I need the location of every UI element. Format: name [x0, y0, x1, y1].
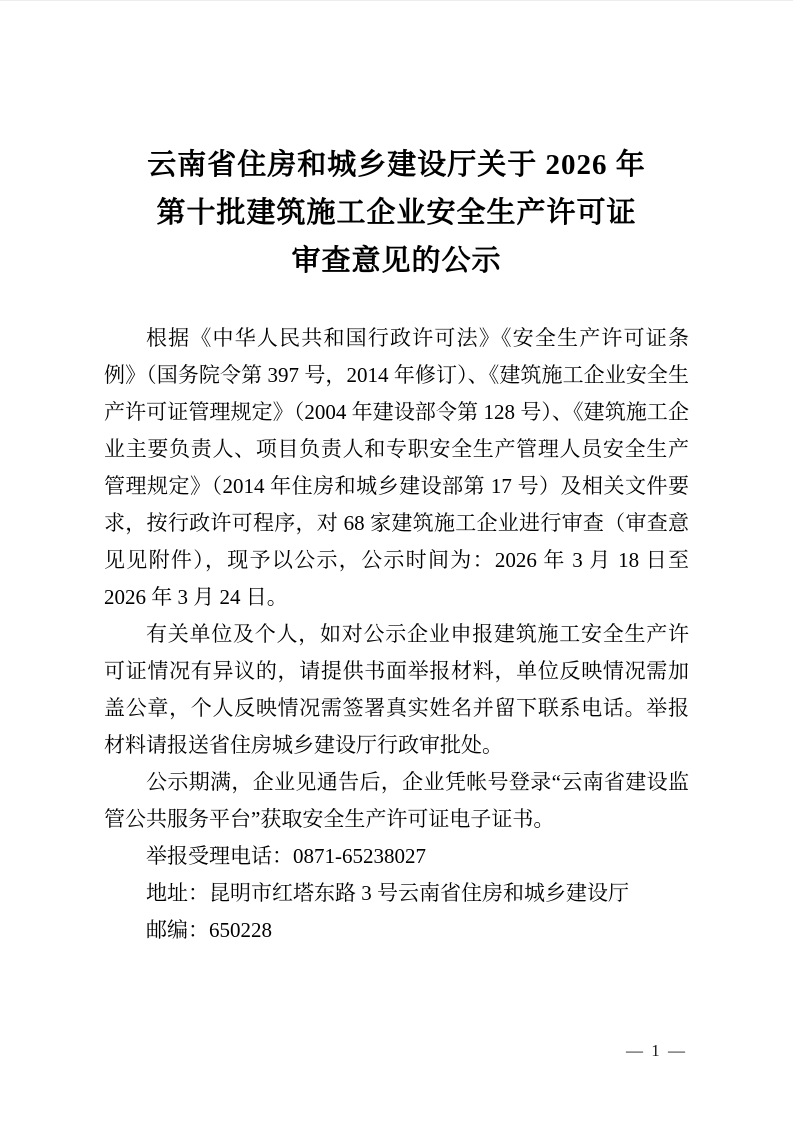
paragraph-basis: 根据《中华人民共和国行政许可法》《安全生产许可证条例》（国务院令第 397 号，…	[104, 320, 689, 616]
paragraph-objection-instructions: 有关单位及个人，如对公示企业申报建筑施工安全生产许可证情况有异议的，请提供书面举…	[104, 616, 689, 764]
document-title: 云南省住房和城乡建设厅关于 2026 年 第十批建筑施工企业安全生产许可证 审查…	[104, 1, 689, 285]
document-content: 云南省住房和城乡建设厅关于 2026 年 第十批建筑施工企业安全生产许可证 审查…	[0, 1, 793, 949]
title-line-3: 审查意见的公示	[104, 237, 689, 285]
paragraph-report-phone: 举报受理电话：0871-65238027	[104, 838, 689, 875]
title-line-2: 第十批建筑施工企业安全生产许可证	[104, 189, 689, 237]
document-page: 云南省住房和城乡建设厅关于 2026 年 第十批建筑施工企业安全生产许可证 审查…	[0, 0, 793, 1122]
paragraph-postal-code: 邮编：650228	[104, 912, 689, 949]
paragraph-certificate-retrieval: 公示期满，企业见通告后，企业凭帐号登录“云南省建设监管公共服务平台”获取安全生产…	[104, 764, 689, 838]
page-number: — 1 —	[626, 1041, 687, 1061]
title-line-1: 云南省住房和城乡建设厅关于 2026 年	[104, 141, 689, 189]
document-body: 根据《中华人民共和国行政许可法》《安全生产许可证条例》（国务院令第 397 号，…	[104, 320, 689, 949]
paragraph-address: 地址：昆明市红塔东路 3 号云南省住房和城乡建设厅	[104, 875, 689, 912]
